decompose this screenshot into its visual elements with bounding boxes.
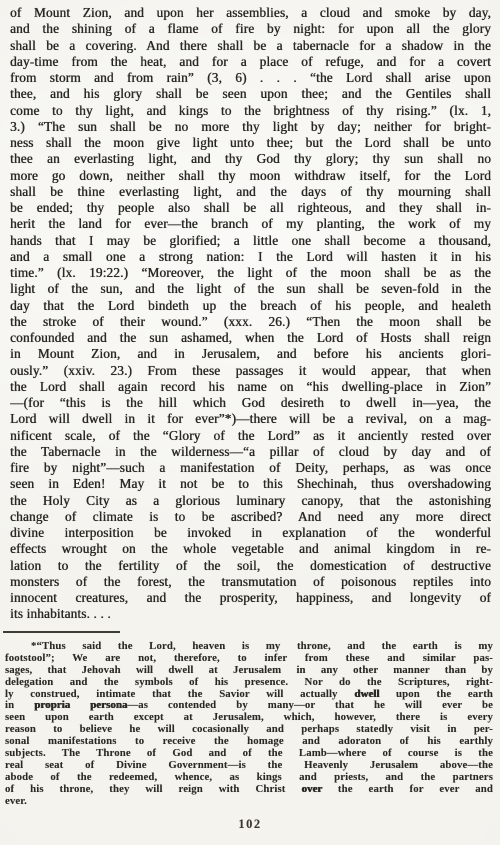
text-line: day that the Lord bindeth up the breach … xyxy=(10,298,491,314)
text-line: the Lord shall again record his name on … xyxy=(10,379,491,395)
text-line: and a small one a strong nation: I the L… xyxy=(10,249,491,265)
text-line: fire by night”—such a manifestation of D… xyxy=(10,460,491,476)
text-line: divine interposition be invoked in expla… xyxy=(10,525,491,541)
text-line: confounded and the sun ashamed, when the… xyxy=(10,330,491,346)
text-line: light of the sun, and the light of the s… xyxy=(10,281,491,297)
footnote-text: real seat of Divine Government—is the He… xyxy=(5,760,493,771)
text-line: change of climate is to be ascribed? And… xyxy=(10,509,491,525)
footnote-line: sages, that Jehovah will dwell at Jerusa… xyxy=(5,665,493,677)
footnote-text: abode of the redeemed, whence, as kings … xyxy=(5,772,493,783)
text-line: ness shall the moon give light unto thee… xyxy=(10,135,491,151)
text-line: day-time from the heat, and for a place … xyxy=(10,54,491,70)
footnote-line: *“Thus said the Lord, heaven is my thron… xyxy=(5,641,493,653)
footnote-text: —as contended by many—or that he will ev… xyxy=(127,700,493,711)
text-line: seen in Eden! May it not be to this Shec… xyxy=(10,476,491,492)
footnote-line: ly construed, intimate that the Savior w… xyxy=(5,689,493,701)
text-line: and the shining of a flame of fire by ni… xyxy=(10,21,491,37)
text-line: monsters of the forest, the transmutatio… xyxy=(10,574,491,590)
footnote-text: reason to believe he will cocasionally a… xyxy=(5,724,493,735)
text-line: from storm and from rain” (3, 6) . . . “… xyxy=(10,70,491,86)
text-line: its inhabitants. . . . xyxy=(10,606,491,622)
footnote-text: upon the earth xyxy=(379,689,493,700)
text-line: thee an everlasting light, and thy God t… xyxy=(10,151,491,167)
footnote-text: sages, that Jehovah will dwell at Jerusa… xyxy=(5,665,493,676)
footnote-line: delegation and the symbols of his presen… xyxy=(5,677,493,689)
text-line: of Mount Zion, and upon her assemblies, … xyxy=(10,5,491,21)
footnote-text: seen upon earth except at Jerusalem, whi… xyxy=(5,712,493,723)
emphasized-text: dwell xyxy=(354,689,379,700)
footnote-line: footstool”; We are not, therefore, to in… xyxy=(5,653,493,665)
footnote-divider xyxy=(3,631,120,633)
text-line: —(for “this is the hill which God desire… xyxy=(10,395,491,411)
page-number: 102 xyxy=(0,817,500,832)
text-line: the Tabernacle in the wilderness—“a pill… xyxy=(10,444,491,460)
footnote-text: sonal manifestations to receive the homa… xyxy=(5,736,493,747)
footnote-line: reason to believe he will cocasionally a… xyxy=(5,724,493,736)
footnote-text: in xyxy=(5,700,34,711)
text-line: in Mount Zion, and in Jerusalem, and bef… xyxy=(10,346,491,362)
footnote-text: *“Thus said the Lord, heaven is my thron… xyxy=(31,641,493,652)
footnote-text: footstool”; We are not, therefore, to in… xyxy=(5,653,493,664)
emphasized-text: propria persona xyxy=(34,700,127,711)
footnote-line: ever. xyxy=(5,796,493,808)
text-line: hands that I may be glorified; a little … xyxy=(10,233,491,249)
footnote-line: subjects. The Throne of God and of the L… xyxy=(5,748,493,760)
footnote-text: delegation and the symbols of his presen… xyxy=(5,677,493,688)
footnote-line: in propria persona—as contended by many—… xyxy=(5,700,493,712)
text-line: Lord will dwell in it for ever”*)—there … xyxy=(10,411,491,427)
text-line: come to thy light, and kings to the brig… xyxy=(10,103,491,119)
text-line: innocent creatures, and the prosperity, … xyxy=(10,590,491,606)
footnote-text: ever. xyxy=(5,796,27,807)
text-line: shall be thine everlasting light, and th… xyxy=(10,184,491,200)
book-page: of Mount Zion, and upon her assemblies, … xyxy=(0,0,500,845)
text-line: effects wrought on the whole vegetable a… xyxy=(10,541,491,557)
footnote-line: seen upon earth except at Jerusalem, whi… xyxy=(5,712,493,724)
footnote-line: sonal manifestations to receive the homa… xyxy=(5,736,493,748)
main-text: of Mount Zion, and upon her assemblies, … xyxy=(10,5,491,623)
footnote-text: the earth for ever and xyxy=(322,784,493,795)
footnote-text: ly construed, intimate that the Savior w… xyxy=(5,689,354,700)
emphasized-text: over xyxy=(301,784,322,795)
footnote: *“Thus said the Lord, heaven is my thron… xyxy=(5,641,493,807)
footnote-text: of his throne, they will reign with Chri… xyxy=(5,784,301,795)
text-line: thee, and his glory shall be seen upon t… xyxy=(10,86,491,102)
text-line: the Holy City as a glorious luminary can… xyxy=(10,493,491,509)
text-line: lation to the fertility of the soil, the… xyxy=(10,558,491,574)
text-line: time.” (lx. 19:22.) “Moreover, the light… xyxy=(10,265,491,281)
text-line: nificent scale, of the “Glory of the Lor… xyxy=(10,428,491,444)
text-line: 3.) “The sun shall be no more thy light … xyxy=(10,119,491,135)
text-line: more go down, neither shall thy moon wit… xyxy=(10,168,491,184)
text-line: the stroke of their wound.” (xxx. 26.) “… xyxy=(10,314,491,330)
text-line: be ended; thy people also shall be all r… xyxy=(10,200,491,216)
text-line: herit the land for ever—the branch of my… xyxy=(10,216,491,232)
footnote-text: subjects. The Throne of God and of the L… xyxy=(5,748,493,759)
text-line: shall be a covering. And there shall be … xyxy=(10,38,491,54)
text-line: ously.” (xxiv. 23.) From these passages … xyxy=(10,363,491,379)
footnote-line: of his throne, they will reign with Chri… xyxy=(5,784,493,796)
footnote-line: abode of the redeemed, whence, as kings … xyxy=(5,772,493,784)
footnote-line: real seat of Divine Government—is the He… xyxy=(5,760,493,772)
